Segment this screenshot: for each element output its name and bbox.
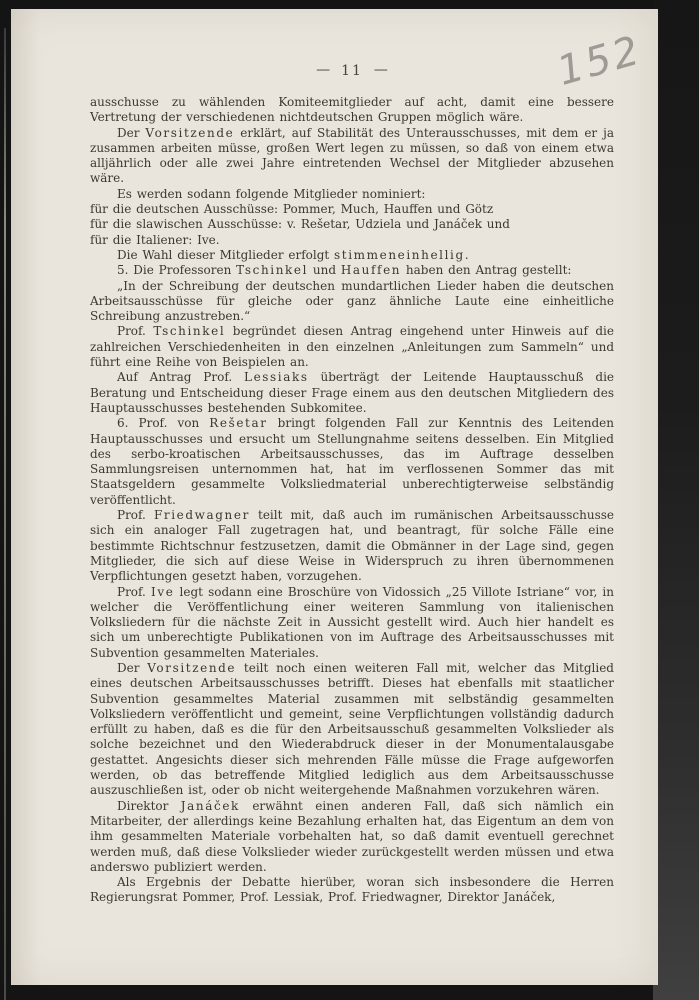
- text-segment: Prof.: [117, 324, 153, 338]
- text-segment: für die deutschen Ausschüsse: Pommer, Mu…: [90, 202, 493, 216]
- emphasized-name: Rešetar: [209, 416, 267, 430]
- paragraph: „In der Schreibung der deutschen mundart…: [90, 279, 614, 325]
- text-segment: Der: [117, 126, 145, 140]
- text-segment: „In der Schreibung der deutschen mundart…: [90, 279, 614, 324]
- text-segment: Direktor: [117, 799, 181, 813]
- book-page: —11— ausschusse zu wählenden Komiteemitg…: [11, 9, 658, 985]
- paragraph: für die slawischen Ausschüsse: v. Rešeta…: [90, 217, 614, 232]
- text-segment: .: [465, 248, 469, 262]
- emphasized-name: Vorsitzende: [145, 126, 234, 140]
- text-segment: Auf Antrag Prof.: [117, 370, 244, 384]
- text-segment: Prof.: [117, 585, 151, 599]
- text-segment: 6. Prof. von: [117, 416, 209, 430]
- paragraph: 5. Die Professoren Tschinkel und Hauffen…: [90, 263, 614, 278]
- paragraph: für die deutschen Ausschüsse: Pommer, Mu…: [90, 202, 614, 217]
- paragraph: 6. Prof. von Rešetar bringt folgenden Fa…: [90, 416, 614, 508]
- scan-backdrop-right-strip: [653, 0, 699, 1000]
- emphasized-name: Vorsitzende: [147, 661, 236, 675]
- paragraph: Es werden sodann folgende Mitglieder nom…: [90, 187, 614, 202]
- emphasized-name: Hauffen: [341, 263, 401, 277]
- paragraph: Prof. Friedwagner teilt mit, daß auch im…: [90, 508, 614, 584]
- adjacent-page-edge: [4, 28, 6, 1000]
- text-segment: Die Wahl dieser Mitglieder erfolgt: [117, 248, 334, 262]
- paragraph: Prof. Tschinkel begründet diesen Antrag …: [90, 324, 614, 370]
- paragraph: Der Vorsitzende teilt noch einen weitere…: [90, 661, 614, 799]
- page-number: —11—: [90, 63, 614, 79]
- text-segment: 5. Die Professoren: [117, 263, 236, 277]
- text-segment: für die slawischen Ausschüsse: v. Rešeta…: [90, 217, 510, 231]
- text-segment: haben den Antrag gestellt:: [401, 263, 571, 277]
- text-segment: Es werden sodann folgende Mitglieder nom…: [117, 187, 425, 201]
- paragraph: für die Italiener: Ive.: [90, 233, 614, 248]
- document-text: ausschusse zu wählenden Komiteemitgliede…: [90, 95, 614, 906]
- emphasized-name: Friedwagner: [154, 508, 250, 522]
- text-segment: für die Italiener: Ive.: [90, 233, 220, 247]
- text-segment: ausschusse zu wählenden Komiteemitgliede…: [90, 95, 614, 124]
- emphasized-name: stimmeneinhellig: [334, 248, 465, 262]
- paragraph: Auf Antrag Prof. Lessiaks überträgt der …: [90, 370, 614, 416]
- text-segment: Der: [117, 661, 147, 675]
- paragraph: Prof. Ive legt sodann eine Broschüre von…: [90, 585, 614, 661]
- text-segment: Prof.: [117, 508, 154, 522]
- emphasized-name: Tschinkel: [236, 263, 308, 277]
- page-number-dash-right: —: [374, 62, 388, 78]
- text-segment: Als Ergebnis der Debatte hierüber, woran…: [90, 875, 614, 904]
- emphasized-name: Janáček: [181, 799, 240, 813]
- emphasized-name: Lessiaks: [244, 370, 309, 384]
- emphasized-name: Ive: [151, 585, 174, 599]
- emphasized-name: Tschinkel: [153, 324, 225, 338]
- paragraph: Der Vorsitzende erklärt, auf Stabilität …: [90, 126, 614, 187]
- paragraph: Direktor Janáček erwähnt einen anderen F…: [90, 799, 614, 875]
- text-segment: und: [308, 263, 341, 277]
- paragraph: Als Ergebnis der Debatte hierüber, woran…: [90, 875, 614, 906]
- page-number-dash-left: —: [316, 62, 330, 78]
- page-number-value: 11: [341, 63, 363, 79]
- paragraph: ausschusse zu wählenden Komiteemitgliede…: [90, 95, 614, 126]
- paragraph: Die Wahl dieser Mitglieder erfolgt stimm…: [90, 248, 614, 263]
- text-segment: teilt noch einen weiteren Fall mit, welc…: [90, 661, 614, 797]
